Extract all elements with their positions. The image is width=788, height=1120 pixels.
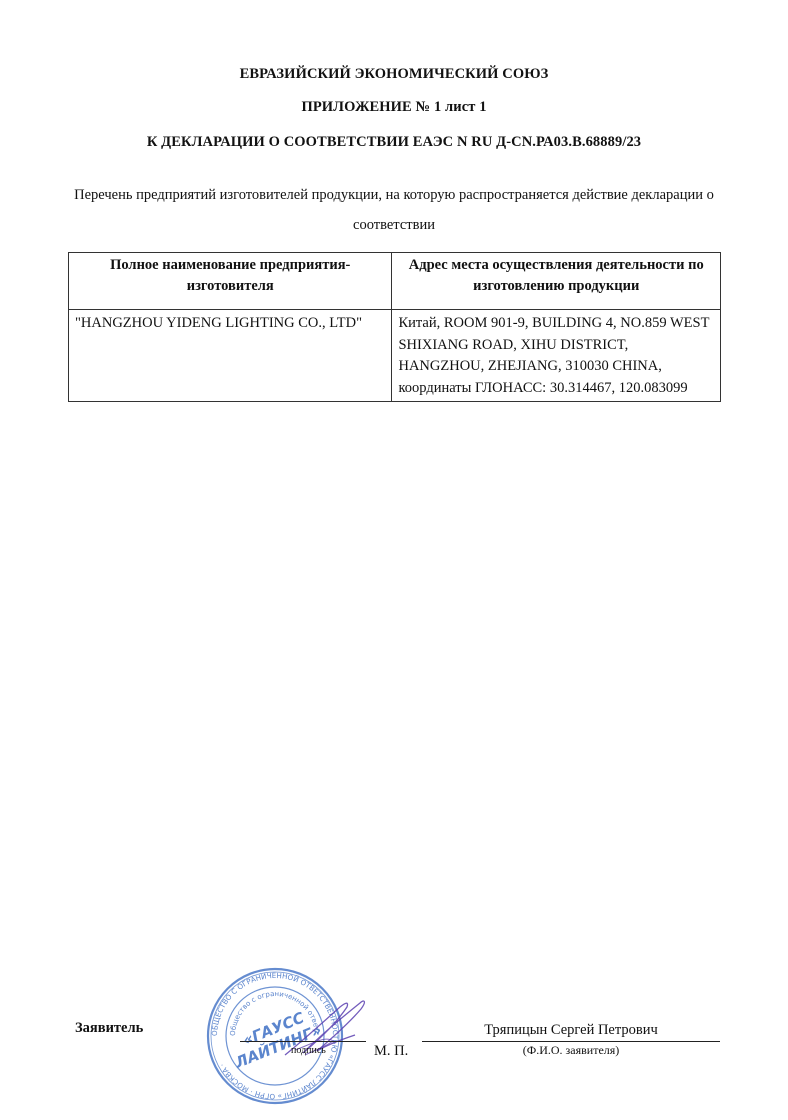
applicant-full-name: Тряпицын Сергей Петрович: [422, 1022, 720, 1039]
header-manufacturer-name: Полное наименование предприятия-изготови…: [69, 253, 392, 310]
manufacturers-table: Полное наименование предприятия-изготови…: [68, 252, 721, 402]
table-row: "HANGZHOU YIDENG LIGHTING CO., LTD" Кита…: [69, 310, 721, 402]
name-caption: (Ф.И.О. заявителя): [422, 1043, 720, 1058]
header-manufacturer-address: Адрес места осуществления деятельности п…: [392, 253, 721, 310]
signature-line: [240, 1041, 366, 1042]
name-line: [422, 1041, 720, 1042]
signature-caption: подпись: [291, 1045, 326, 1056]
declaration-number-title: К ДЕКЛАРАЦИИ О СООТВЕТСТВИИ ЕАЭС N RU Д-…: [0, 134, 788, 151]
manufacturer-address-cell: Китай, ROOM 901-9, BUILDING 4, NO.859 WE…: [392, 310, 721, 402]
appendix-title: ПРИЛОЖЕНИЕ № 1 лист 1: [0, 99, 788, 116]
table-header-row: Полное наименование предприятия-изготови…: [69, 253, 721, 310]
manufacturer-name-cell: "HANGZHOU YIDENG LIGHTING CO., LTD": [69, 310, 392, 402]
intro-paragraph: Перечень предприятий изготовителей проду…: [60, 180, 728, 240]
union-title: ЕВРАЗИЙСКИЙ ЭКОНОМИЧЕСКИЙ СОЮЗ: [0, 66, 788, 83]
seal-placement-label: М. П.: [374, 1043, 408, 1060]
applicant-label: Заявитель: [75, 1020, 143, 1037]
